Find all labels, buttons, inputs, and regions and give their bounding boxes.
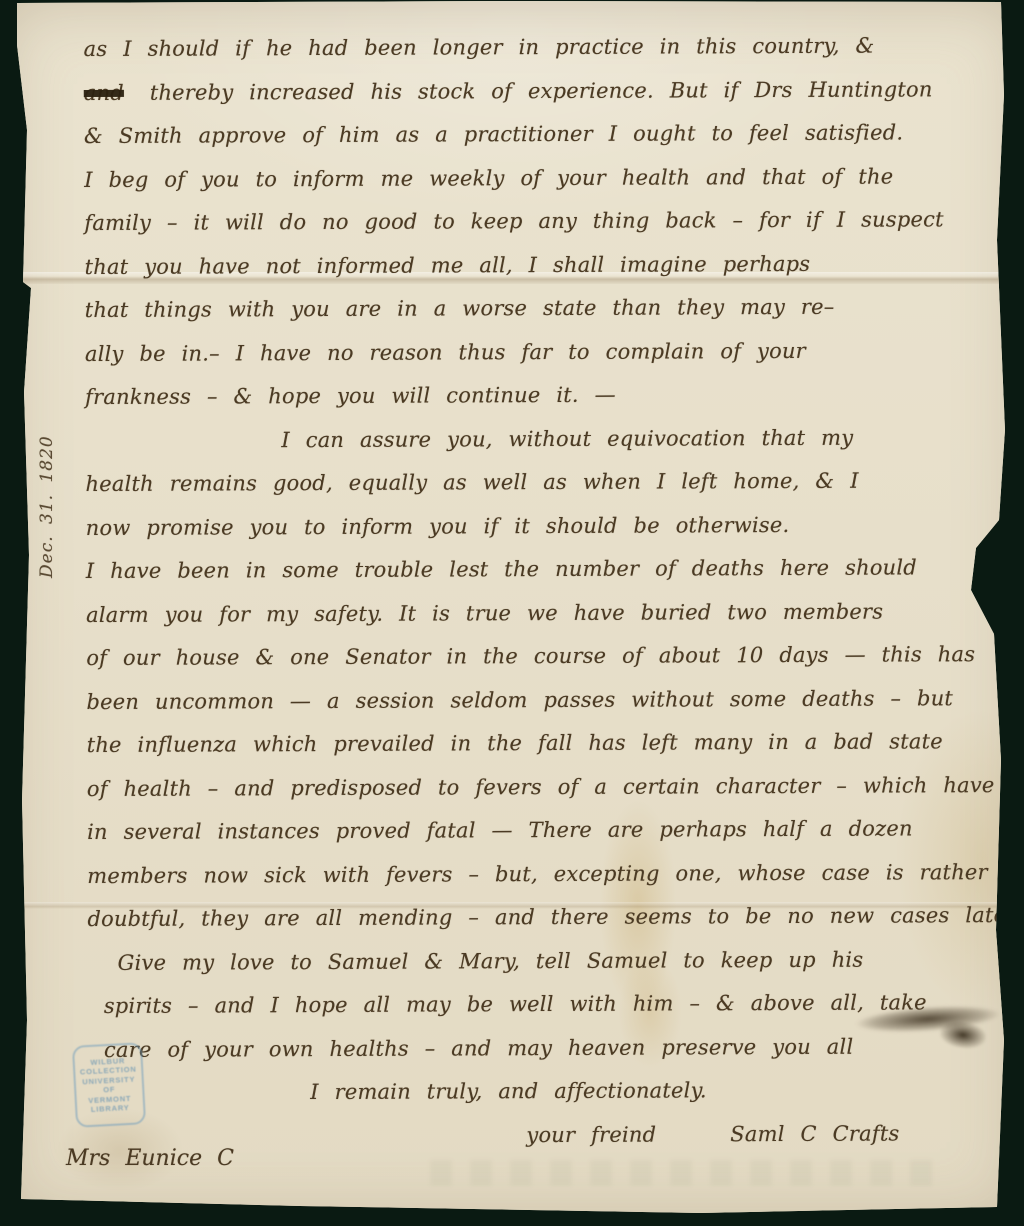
letter-line: ally be in.– I have no reason thus far t… <box>85 328 1015 376</box>
letter-line: the influenza which prevailed in the fal… <box>87 720 1017 768</box>
letter-body: as I should if he had been longer in pra… <box>84 24 1019 1159</box>
letter-line: of health – and predisposed to fevers of… <box>87 763 1017 811</box>
letter-line: alarm you for my safety. It is true we h… <box>86 589 1016 637</box>
struck-out-word: and <box>84 80 124 104</box>
ink-bleedthrough <box>430 1160 950 1186</box>
letter-closing: I remain truly, and affectionately. <box>310 1068 1018 1115</box>
letter-line: spirits – and I hope all may be well wit… <box>104 981 1018 1028</box>
archival-reference: S. C. C. To E. C — <box>8 318 34 648</box>
letter-page: S. C. C. To E. C — Dec. 31. 1820 as I sh… <box>0 0 1024 1226</box>
archival-date: Dec. 31. 1820 <box>34 318 60 648</box>
addressee-note: Mrs Eunice C <box>66 1146 234 1171</box>
signature-name: Saml C Crafts <box>730 1121 899 1146</box>
letter-line: as I should if he had been longer in pra… <box>84 24 1014 72</box>
letter-line: health remains good, equally as well as … <box>85 459 1015 507</box>
letter-line: care of your own healths – and may heave… <box>104 1024 1018 1071</box>
letter-line: I can assure you, without equivocation t… <box>281 415 1015 462</box>
letter-line: I beg of you to inform me weekly of your… <box>84 154 1014 202</box>
letter-line: of our house & one Senator in the course… <box>86 633 1016 681</box>
letter-line: I have been in some trouble lest the num… <box>86 546 1016 594</box>
archival-notation: S. C. C. To E. C — Dec. 31. 1820 <box>8 318 60 648</box>
signature-line: your freindSaml C Crafts <box>526 1111 1018 1157</box>
letter-line: family – it will do no good to keep any … <box>84 198 1014 246</box>
letter-line: frankness – & hope you will continue it.… <box>85 372 1015 420</box>
letter-line: that things with you are in a worse stat… <box>85 285 1015 333</box>
signature-prefix: your freind <box>526 1122 656 1147</box>
letter-line: members now sick with fevers – but, exce… <box>87 850 1017 898</box>
letter-line: in several instances proved fatal — Ther… <box>87 807 1017 855</box>
library-stamp: Wilbur Collection University of Vermont … <box>72 1042 146 1128</box>
letter-line: that you have not informed me all, I sha… <box>84 241 1014 289</box>
letter-line: doubtful, they are all mending – and the… <box>87 894 1017 942</box>
letter-line: now promise you to inform you if it shou… <box>86 502 1016 550</box>
stamp-line: Library <box>91 1103 130 1115</box>
letter-line: and thereby increased his stock of exper… <box>84 67 1014 115</box>
letter-line: been uncommon — a session seldom passes … <box>86 676 1016 724</box>
letter-line: Give my love to Samuel & Mary, tell Samu… <box>118 937 1018 984</box>
letter-line: & Smith approve of him as a practitioner… <box>84 111 1014 159</box>
letter-line-text: thereby increased his stock of experienc… <box>134 77 933 104</box>
